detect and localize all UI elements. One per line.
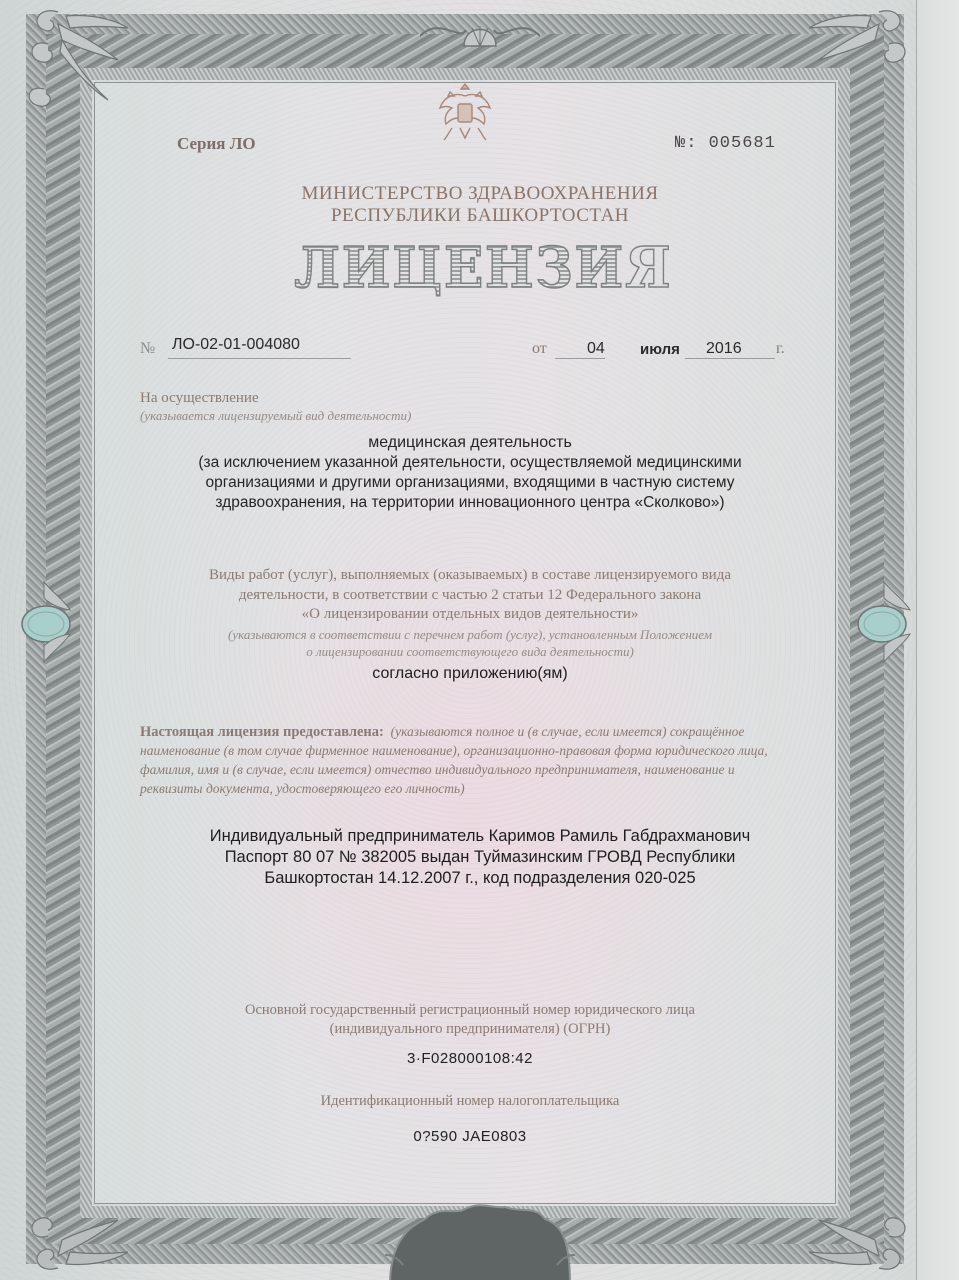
purpose-label: На осуществление bbox=[140, 390, 259, 407]
granted-hint-line: реквизиты документа, удостоверяющего его… bbox=[140, 779, 810, 798]
license-number-value: ЛО-02-01-004080 bbox=[172, 336, 300, 354]
granted-hint-line: (указываются полное и (в случае, если им… bbox=[391, 724, 745, 739]
ogrn-label-line: (индивидуального предпринимателя) (ОГРН) bbox=[180, 1020, 760, 1039]
granted-hint-text: наименование (в том случае фирменное наи… bbox=[140, 743, 768, 758]
bottom-cartouche-ornament-icon bbox=[385, 1195, 575, 1280]
teal-medallion-ornament-icon bbox=[14, 580, 74, 664]
acanthus-corner-ornament-icon bbox=[809, 4, 919, 114]
granted-hint-line: наименование (в том случае фирменное наи… bbox=[140, 741, 810, 760]
activity-line: медицинская деятельность bbox=[155, 433, 785, 453]
license-page: Серия ЛО №: 005681 МИНИСТЕРСТВО ЗДРАВООХ… bbox=[0, 0, 959, 1280]
form-serial-number: №: 005681 bbox=[675, 134, 776, 153]
activity-line: здравоохранения, на территории инновацио… bbox=[155, 493, 785, 513]
year-suffix-label: г. bbox=[776, 340, 785, 358]
acanthus-corner-ornament-icon bbox=[809, 1166, 919, 1276]
date-prefix-label: от bbox=[532, 340, 547, 358]
granted-label: Настоящая лицензия предоставлена: bbox=[140, 724, 384, 740]
granted-label-line: Настоящая лицензия предоставлена: (указы… bbox=[140, 722, 810, 742]
works-value: согласно приложению(ям) bbox=[150, 665, 790, 683]
inn-value: 0?590 JAE0803 bbox=[180, 1128, 760, 1145]
license-date-day: 04 bbox=[587, 340, 605, 358]
license-holder-line: Индивидуальный предприниматель Каримов Р… bbox=[150, 826, 810, 847]
purpose-hint: (указывается лицензируемый вид деятельно… bbox=[140, 408, 411, 424]
works-label-line: деятельности, в соответствии с частью 2 … bbox=[150, 585, 790, 605]
shell-ornament-icon bbox=[420, 6, 540, 56]
ogrn-value: 3·F028000108:42 bbox=[180, 1050, 760, 1067]
granted-hint-text: фамилия, имя и (в случае, если имеется) … bbox=[140, 762, 735, 777]
works-label-line: «О лицензировании отдельных видов деятел… bbox=[150, 604, 790, 624]
date-year-underline bbox=[685, 358, 775, 359]
works-hint-line: (указываются в соответствии с перечнем р… bbox=[150, 626, 790, 643]
ogrn-label-line: Основной государственный регистрационный… bbox=[180, 1001, 760, 1020]
activity-line: (за исключением указанной деятельности, … bbox=[155, 453, 785, 473]
teal-medallion-ornament-icon bbox=[854, 580, 914, 664]
paper-edge bbox=[916, 0, 959, 1280]
granted-hint-line: фамилия, имя и (в случае, если имеется) … bbox=[140, 760, 810, 779]
granted-hint-text: реквизиты документа, удостоверяющего его… bbox=[140, 781, 465, 796]
license-date-year: 2016 bbox=[706, 340, 742, 358]
acanthus-corner-ornament-icon bbox=[18, 4, 128, 114]
works-label-line: Виды работ (услуг), выполняемых (оказыва… bbox=[150, 565, 790, 585]
document-title: ЛИЦЕНЗИЯ bbox=[294, 238, 625, 298]
license-number-underline bbox=[168, 358, 351, 359]
date-day-underline bbox=[555, 358, 605, 359]
license-number-label: № bbox=[140, 340, 155, 358]
license-holder-line: Паспорт 80 07 № 382005 выдан Туймазински… bbox=[150, 847, 810, 868]
acanthus-corner-ornament-icon bbox=[18, 1166, 128, 1276]
series-label: Серия ЛО bbox=[177, 134, 256, 154]
license-date-month: июля bbox=[640, 341, 680, 358]
inn-label: Идентификационный номер налогоплательщик… bbox=[180, 1093, 760, 1110]
russian-coat-of-arms-icon bbox=[430, 78, 500, 148]
activity-line: организациями и другими организациями, в… bbox=[155, 473, 785, 493]
issuer-name-line-2: РЕСПУБЛИКИ БАШКОРТОСТАН bbox=[180, 205, 780, 226]
works-hint-line: о лицензировании соответствующего вида д… bbox=[150, 643, 790, 660]
license-holder-line: Башкортостан 14.12.2007 г., код подразде… bbox=[150, 868, 810, 889]
issuer-name-line-1: МИНИСТЕРСТВО ЗДРАВООХРАНЕНИЯ bbox=[180, 183, 780, 204]
